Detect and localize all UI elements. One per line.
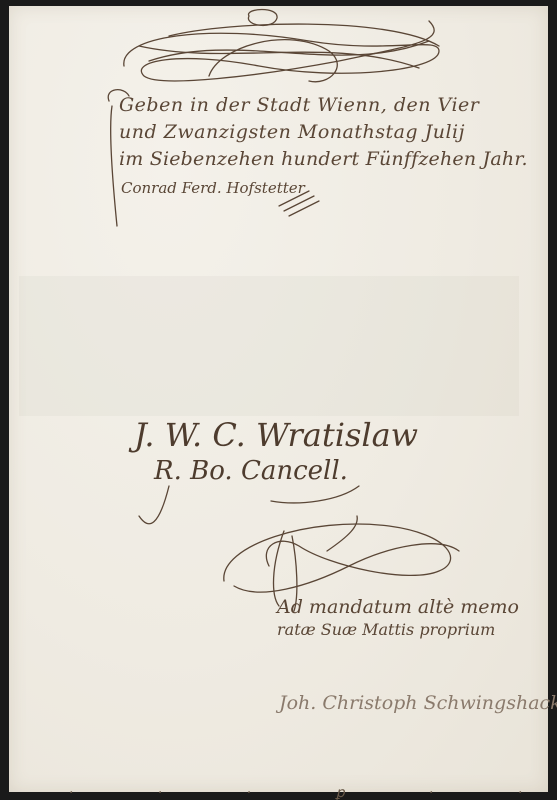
text-line-1: Geben in der Stadt Wienn, den Vier: [119, 94, 479, 116]
countersignature: Joh. Christoph Schwingshackl: [279, 692, 557, 714]
latin-note-line-1: Ad mandatum altè memo: [277, 596, 519, 618]
signature-line-1: J. W. C. Wratislaw: [134, 416, 418, 454]
latin-note-line-2: ratæ Suæ Mattis proprium: [277, 620, 495, 639]
manuscript-page: Geben in der Stadt Wienn, den Vier und Z…: [9, 6, 548, 792]
bottom-edge-text: · · · ꝑ · · Sig ·: [69, 785, 557, 800]
signature-line-2: R. Bo. Cancell.: [154, 456, 348, 486]
text-line-4: Conrad Ferd. Hofstetter: [121, 179, 305, 197]
text-line-3: im Siebenzehen hundert Fünffzehen Jahr.: [119, 148, 528, 170]
text-line-2: und Zwanzigsten Monathstag Julij: [119, 121, 465, 143]
